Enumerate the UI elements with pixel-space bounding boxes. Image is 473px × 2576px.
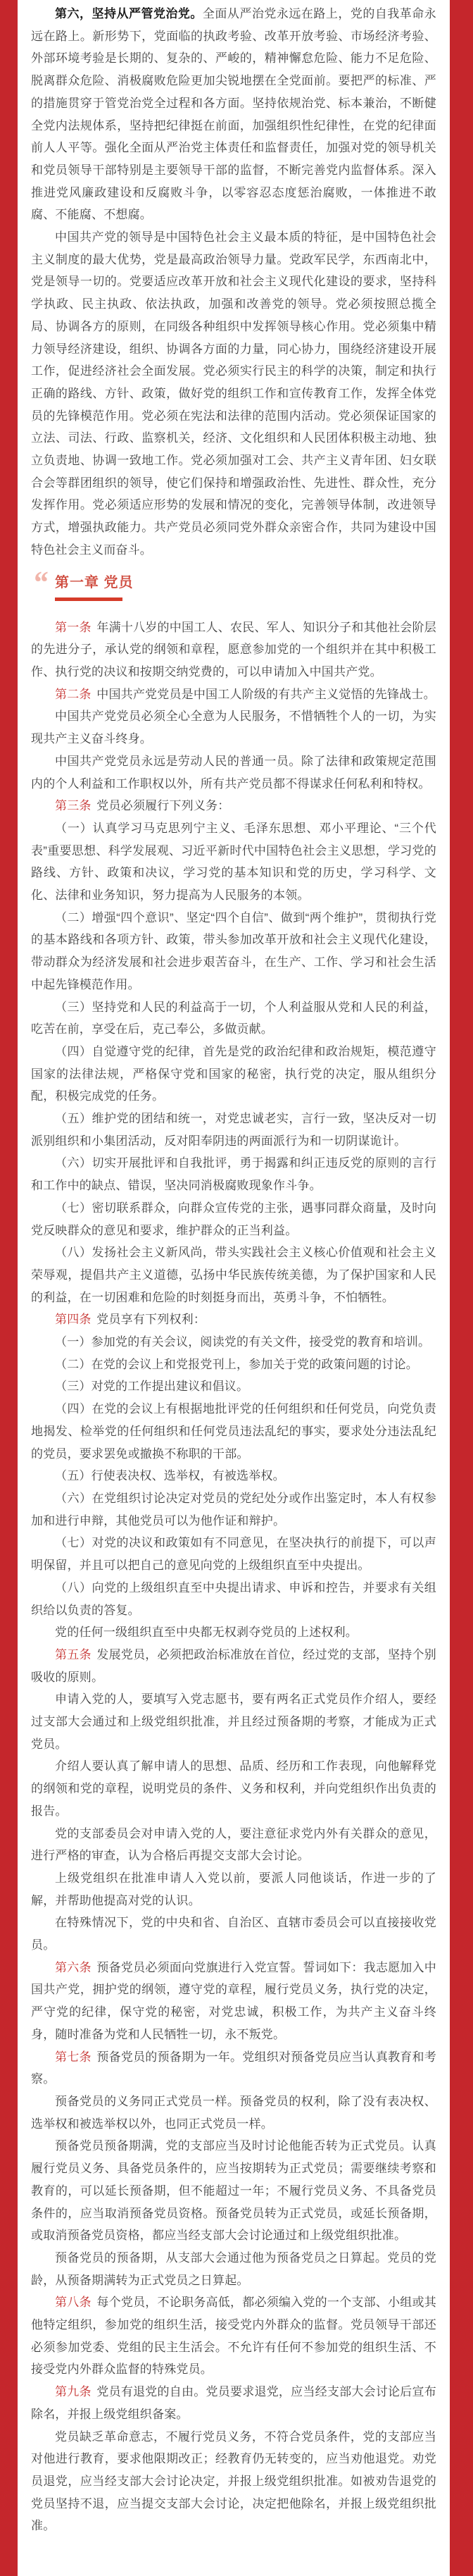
page-background: { "page": { "background_color": "#c5262c… [0, 0, 473, 2576]
article-paragraph: 第一条年满十八岁的中国工人、农民、军人、知识分子和其他社会阶层的先进分子，承认党… [31, 617, 436, 683]
paragraph: 预备党员预备期满，党的支部应当及时讨论他能否转为正式党员。认真履行党员义务、具备… [31, 2135, 436, 2247]
paragraph: （七）对党的决议和政策如有不同意见，在坚决执行的前提下，可以声明保留，并且可以把… [31, 1532, 436, 1576]
paragraph-text: 党的支部委员会对申请入党的人，要注意征求党内外有关群众的意见，进行严格的审查，认… [31, 1827, 436, 1863]
article-paragraph: 第六条预备党员必须面向党旗进行入党宣誓。誓词如下：我志愿加入中国共产党，拥护党的… [31, 1957, 436, 2046]
paragraph-text: 预备党员的预备期为一年。党组织对预备党员应当认真教育和考察。 [31, 2050, 436, 2086]
quote-icon: “ [32, 567, 48, 598]
paragraph-text: （四）自觉遵守党的纪律，首先是党的政治纪律和政治规矩，模范遵守国家的法律法规，严… [31, 1045, 436, 1103]
paragraph-text: 中国共产党的领导是中国特色社会主义最本质的特征，是中国特色社会主义制度的最大优势… [31, 230, 436, 557]
paragraph: （五）维护党的团结和统一，对党忠诚老实，言行一致，坚决反对一切派别组织和小集团活… [31, 1108, 436, 1152]
chapter-heading: “第一章 党员 [31, 573, 436, 601]
paragraph: （七）密切联系群众，向群众宣传党的主张，遇事同群众商量，及时向党反映群众的意见和… [31, 1197, 436, 1241]
paragraph: 第六，坚持从严管党治党。全面从严治党永远在路上，党的自我革命永远在路上。新形势下… [31, 3, 436, 226]
paragraph-text: 申请入党的人，要填写入党志愿书，要有两名正式党员作介绍人，要经过支部大会通过和上… [31, 1692, 436, 1750]
article-paragraph: 第三条党员必须履行下列义务： [31, 795, 436, 817]
paragraph-text: 每个党员，不论职务高低，都必须编入党的一个支部、小组或其他特定组织，参加党的组织… [31, 2296, 436, 2376]
paragraph-text: （二）在党的会议上和党报党刊上，参加关于党的政策问题的讨论。 [55, 1358, 418, 1371]
paragraph: 党员缺乏革命意志，不履行党员义务，不符合党员条件，党的支部应当对他进行教育，要求… [31, 2426, 436, 2538]
paragraph-text: 党员有退党的自由。党员要求退党，应当经支部大会讨论后宣布除名，并报上级党组织备案… [31, 2385, 436, 2421]
paragraph: 申请入党的人，要填写入党志愿书，要有两名正式党员作介绍人，要经过支部大会通过和上… [31, 1688, 436, 1755]
paragraph-text: （七）对党的决议和政策如有不同意见，在坚决执行的前提下，可以声明保留，并且可以把… [31, 1536, 436, 1572]
article-number-label: 第四条 [55, 1313, 92, 1326]
paragraph: （八）向党的上级组织直至中央提出请求、申诉和控告，并要求有关组织给以负责的答复。 [31, 1577, 436, 1621]
paragraph-text: 在特殊情况下，党的中央和省、自治区、直辖市委员会可以直接接收党员。 [31, 1916, 436, 1952]
paragraph-text: 中国共产党党员永远是劳动人民的普通一员。除了法律和政策规定范围内的个人利益和工作… [31, 755, 436, 791]
paragraph-text: 党员享有下列权利： [96, 1313, 206, 1326]
paragraph-text: 发展党员，必须把政治标准放在首位，经过党的支部，坚持个别吸收的原则。 [31, 1648, 436, 1684]
paragraph: （三）对党的工作提出建议和倡议。 [31, 1375, 436, 1398]
paragraph-text: 预备党员预备期满，党的支部应当及时讨论他能否转为正式党员。认真履行党员义务、具备… [31, 2139, 436, 2242]
paragraph-text: （七）密切联系群众，向群众宣传党的主张，遇事同群众商量，及时向党反映群众的意见和… [31, 1201, 436, 1237]
paragraph-text: （五）行使表决权、选举权，有被选举权。 [55, 1469, 285, 1482]
article-paragraph: 第五条发展党员，必须把政治标准放在首位，经过党的支部，坚持个别吸收的原则。 [31, 1644, 436, 1688]
article-paragraph: 第九条党员有退党的自由。党员要求退党，应当经支部大会讨论后宣布除名，并报上级党组… [31, 2381, 436, 2425]
paragraph: 党的任何一级组织直至中央都无权剥夺党员的上述权利。 [31, 1621, 436, 1644]
paragraph-text: 全面从严治党永远在路上，党的自我革命永远在路上。新形势下，党面临的执政考验、改革… [31, 7, 436, 221]
paragraph-text: （一）认真学习马克思列宁主义、毛泽东思想、邓小平理论、“三个代表”重要思想、科学… [31, 822, 436, 902]
paragraph-lead-bold: 第六，坚持从严管党治党。 [55, 7, 203, 20]
paragraph-text: （三）坚持党和人民的利益高于一切，个人利益服从党和人民的利益，吃苦在前，享受在后… [31, 1001, 436, 1036]
paragraph: 中国共产党的领导是中国特色社会主义最本质的特征，是中国特色社会主义制度的最大优势… [31, 226, 436, 562]
paragraph-text: （一）参加党的有关会议，阅读党的有关文件，接受党的教育和培训。 [55, 1335, 430, 1349]
paragraph-text: （五）维护党的团结和统一，对党忠诚老实，言行一致，坚决反对一切派别组织和小集团活… [31, 1112, 436, 1148]
paragraph: （八）发扬社会主义新风尚，带头实践社会主义核心价值观和社会主义荣辱观，提倡共产主… [31, 1241, 436, 1308]
article-number-label: 第八条 [55, 2296, 92, 2309]
paragraph: （二）在党的会议上和党报党刊上，参加关于党的政策问题的讨论。 [31, 1354, 436, 1376]
paragraph-text: 党的任何一级组织直至中央都无权剥夺党员的上述权利。 [55, 1626, 358, 1639]
paragraph: （四）在党的会议上有根据地批评党的任何组织和任何党员，向党负责地揭发、检举党的任… [31, 1398, 436, 1465]
chapter-underline-bar [55, 597, 122, 601]
paragraph: 预备党员的义务同正式党员一样。预备党员的权利，除了没有表决权、选举权和被选举权以… [31, 2091, 436, 2135]
article-number-label: 第二条 [55, 688, 92, 701]
article-paragraph: 第二条中国共产党党员是中国工人阶级的有共产主义觉悟的先锋战士。 [31, 683, 436, 706]
article-number-label: 第七条 [55, 2050, 92, 2064]
paragraph-text: （三）对党的工作提出建议和倡议。 [55, 1380, 248, 1393]
paragraph: 中国共产党党员永远是劳动人民的普通一员。除了法律和政策规定范围内的个人利益和工作… [31, 750, 436, 795]
paragraph: 在特殊情况下，党的中央和省、自治区、直辖市委员会可以直接接收党员。 [31, 1912, 436, 1956]
paragraph-text: 预备党员的义务同正式党员一样。预备党员的权利，除了没有表决权、选举权和被选举权以… [31, 2095, 436, 2131]
paragraph-text: 中国共产党党员是中国工人阶级的有共产主义觉悟的先锋战士。 [96, 688, 436, 701]
article-paragraph: 第八条每个党员，不论职务高低，都必须编入党的一个支部、小组或其他特定组织，参加党… [31, 2291, 436, 2381]
paragraph: （三）坚持党和人民的利益高于一切，个人利益服从党和人民的利益，吃苦在前，享受在后… [31, 996, 436, 1041]
document-body: 第六，坚持从严管党治党。全面从严治党永远在路上，党的自我革命永远在路上。新形势下… [31, 3, 436, 2537]
paragraph-text: 党员必须履行下列义务： [96, 799, 229, 812]
paragraph: 党的支部委员会对申请入党的人，要注意征求党内外有关群众的意见，进行严格的审查，认… [31, 1823, 436, 1867]
paragraph: （一）认真学习马克思列宁主义、毛泽东思想、邓小平理论、“三个代表”重要思想、科学… [31, 817, 436, 907]
article-paragraph: 第七条预备党员的预备期为一年。党组织对预备党员应当认真教育和考察。 [31, 2046, 436, 2091]
paragraph-text: 上级党组织在批准申请人入党以前，要派人同他谈话，作进一步的了解，并帮助他提高对党… [31, 1871, 436, 1907]
paragraph-text: （四）在党的会议上有根据地批评党的任何组织和任何党员，向党负责地揭发、检举党的任… [31, 1402, 436, 1460]
paragraph: （一）参加党的有关会议，阅读党的有关文件，接受党的教育和培训。 [31, 1331, 436, 1354]
paragraph: （六）在党组织讨论决定对党员的党纪处分或作出鉴定时，本人有权参加和进行申辩，其他… [31, 1487, 436, 1532]
paragraph: （五）行使表决权、选举权，有被选举权。 [31, 1465, 436, 1487]
article-number-label: 第一条 [55, 621, 92, 634]
paragraph-text: 党员缺乏革命意志，不履行党员义务，不符合党员条件，党的支部应当对他进行教育，要求… [31, 2430, 436, 2533]
paragraph: 介绍人要认真了解申请人的思想、品质、经历和工作表现，向他解释党的纲领和党的章程，… [31, 1755, 436, 1822]
paragraph: （六）切实开展批评和自我批评，勇于揭露和纠正违反党的原则的言行和工作中的缺点、错… [31, 1152, 436, 1196]
paragraph-text: 预备党员的预备期，从支部大会通过他为预备党员之日算起。党员的党龄，从预备期满转为… [31, 2251, 436, 2287]
paragraph-text: 年满十八岁的中国工人、农民、军人、知识分子和其他社会阶层的先进分子，承认党的纲领… [31, 621, 436, 679]
paragraph-text: （八）向党的上级组织直至中央提出请求、申诉和控告，并要求有关组织给以负责的答复。 [31, 1581, 436, 1617]
paragraph: （二）增强“四个意识”、坚定“四个自信”、做到“两个维护”，贯彻执行党的基本路线… [31, 907, 436, 996]
article-card: 第六，坚持从严管党治党。全面从严治党永远在路上，党的自我革命永远在路上。新形势下… [18, 0, 450, 2576]
paragraph-text: （六）在党组织讨论决定对党员的党纪处分或作出鉴定时，本人有权参加和进行申辩，其他… [31, 1492, 436, 1528]
paragraph-text: 介绍人要认真了解申请人的思想、品质、经历和工作表现，向他解释党的纲领和党的章程，… [31, 1759, 436, 1817]
paragraph-text: 中国共产党党员必须全心全意为人民服务，不惜牺牲个人的一切，为实现共产主义奋斗终身… [31, 710, 436, 745]
paragraph-text: （六）切实开展批评和自我批评，勇于揭露和纠正违反党的原则的言行和工作中的缺点、错… [31, 1156, 436, 1192]
paragraph: 预备党员的预备期，从支部大会通过他为预备党员之日算起。党员的党龄，从预备期满转为… [31, 2247, 436, 2291]
article-number-label: 第六条 [55, 1961, 92, 1974]
paragraph-text: （二）增强“四个意识”、坚定“四个自信”、做到“两个维护”，贯彻执行党的基本路线… [31, 911, 436, 991]
paragraph: 中国共产党党员必须全心全意为人民服务，不惜牺牲个人的一切，为实现共产主义奋斗终身… [31, 705, 436, 750]
article-number-label: 第九条 [55, 2385, 92, 2398]
paragraph: （四）自觉遵守党的纪律，首先是党的政治纪律和政治规矩，模范遵守国家的法律法规，严… [31, 1041, 436, 1108]
article-number-label: 第三条 [55, 799, 92, 812]
paragraph: 上级党组织在批准申请人入党以前，要派人同他谈话，作进一步的了解，并帮助他提高对党… [31, 1867, 436, 1912]
article-paragraph: 第四条党员享有下列权利： [31, 1308, 436, 1331]
paragraph-text: （八）发扬社会主义新风尚，带头实践社会主义核心价值观和社会主义荣辱观，提倡共产主… [31, 1246, 436, 1304]
paragraph-text: 预备党员必须面向党旗进行入党宣誓。誓词如下：我志愿加入中国共产党，拥护党的纲领，… [31, 1961, 436, 2041]
article-number-label: 第五条 [55, 1648, 92, 1661]
chapter-title: 第一章 党员 [55, 573, 436, 593]
